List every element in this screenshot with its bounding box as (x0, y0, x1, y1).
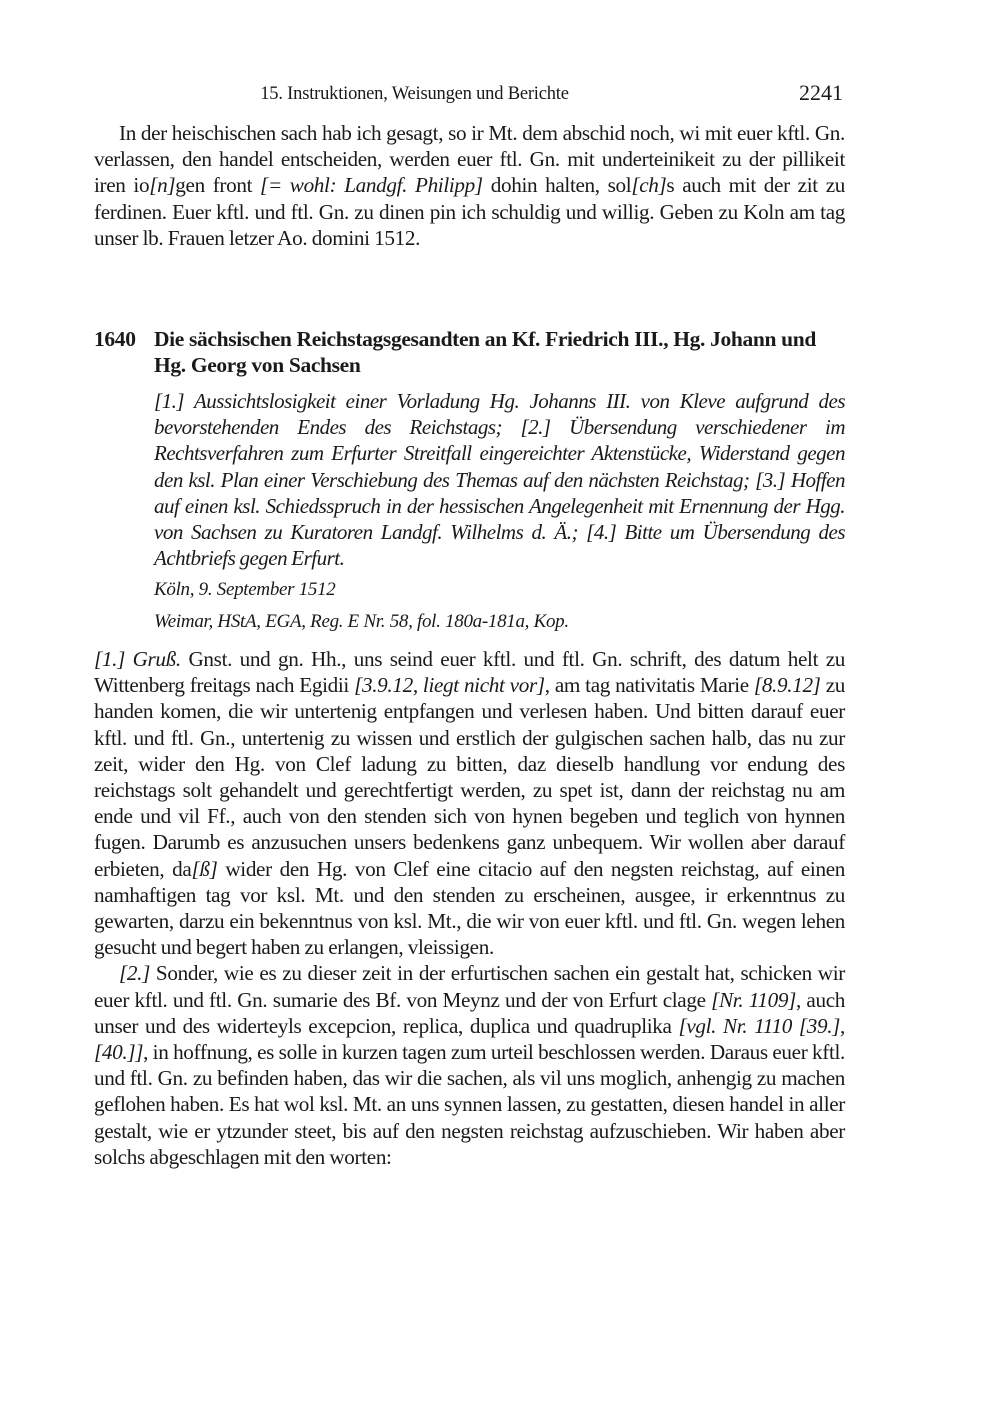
document-header: 1640 Die sächsischen Reichstagsgesandten… (94, 326, 845, 634)
running-head-title: 15. Instruktionen, Weisungen und Bericht… (94, 84, 735, 105)
body-paragraph-1: [1.] Gruß. Gnst. und gn. Hh., uns seind … (94, 646, 845, 960)
editorial-annotation: [8.9.12] (754, 673, 821, 697)
editorial-annotation: [n] (149, 173, 175, 197)
document-heading: 1640 Die sächsischen Reichstagsgesandten… (94, 326, 845, 378)
document-number: 1640 (94, 326, 154, 378)
editorial-annotation: [2.] (119, 961, 150, 985)
document-regest: [1.] Aussichtslosigkeit einer Vorladung … (154, 388, 845, 571)
document-body: [1.] Gruß. Gnst. und gn. Hh., uns seind … (94, 646, 845, 1170)
editorial-annotation: [vgl. Nr. 1110 [39.], [40.]] (94, 1014, 845, 1064)
document-place-date: Köln, 9. September 1512 (154, 578, 845, 602)
previous-document-conclusion: In der heischischen sach hab ich gesagt,… (94, 120, 845, 251)
editorial-annotation: [ch] (631, 173, 666, 197)
previous-document-paragraph: In der heischischen sach hab ich gesagt,… (94, 120, 845, 251)
page-number: 2241 (799, 80, 843, 106)
running-head: 15. Instruktionen, Weisungen und Bericht… (94, 80, 845, 108)
editorial-annotation: [1.] Gruß. (94, 647, 181, 671)
editorial-annotation: [= wohl: Landgf. Philipp] (260, 173, 483, 197)
editorial-annotation: [ß] (191, 857, 217, 881)
editorial-annotation: [3.9.12, liegt nicht vor] (354, 673, 545, 697)
document-title: Die sächsischen Reichstagsgesandten an K… (154, 326, 845, 378)
document-source: Weimar, HStA, EGA, Reg. E Nr. 58, fol. 1… (154, 610, 845, 634)
body-paragraph-2: [2.] Sonder, wie es zu dieser zeit in de… (94, 960, 845, 1170)
editorial-annotation: [Nr. 1109] (711, 988, 796, 1012)
